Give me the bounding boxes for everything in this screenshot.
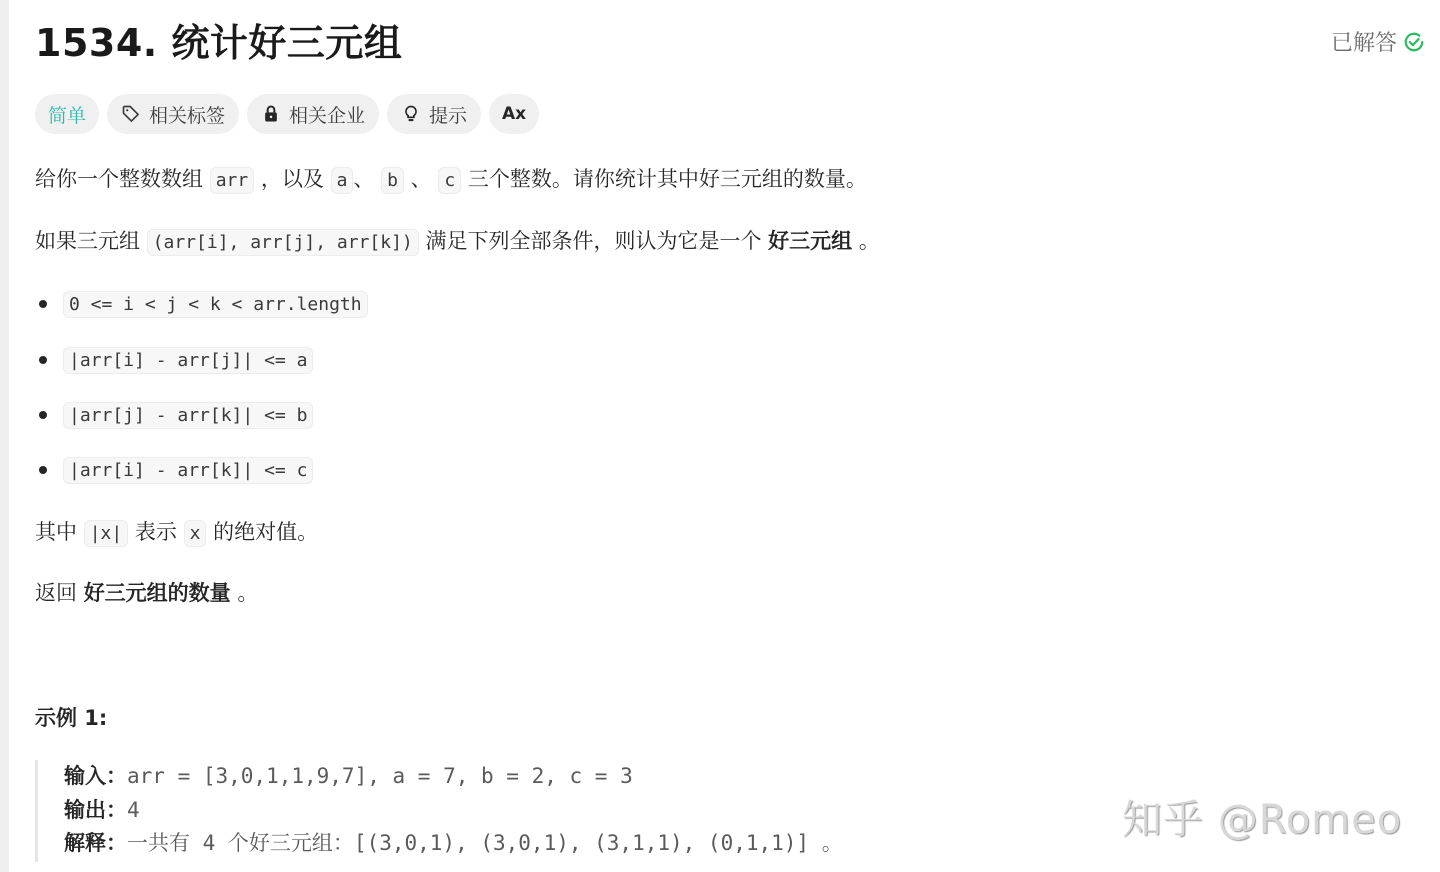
text: 返回 xyxy=(35,581,77,605)
example-title: 示例 1: xyxy=(35,702,107,732)
inline-code: |x| xyxy=(84,520,129,547)
hints-label: 提示 xyxy=(429,101,467,128)
bold-text: 好三元组 xyxy=(768,229,852,253)
lightbulb-icon xyxy=(401,104,421,124)
example-input: 输入：arr = [3,0,1,1,9,7], a = 7, b = 2, c … xyxy=(64,760,843,794)
inline-code: c xyxy=(438,167,461,194)
inline-code: (arr[i], arr[j], arr[k]) xyxy=(147,229,419,256)
description-paragraph-1: 给你一个整数数组 arr ，以及 a、 b 、 c 三个整数。请你统计其中好三元… xyxy=(35,163,867,197)
inline-code: |arr[i] - arr[j]| <= a xyxy=(63,347,313,374)
text: 三个整数。请你统计其中好三元组的数量。 xyxy=(468,167,867,191)
example-output: 输出：4 xyxy=(64,794,843,828)
lock-icon xyxy=(261,104,281,124)
inline-code: |arr[i] - arr[k]| <= c xyxy=(63,457,313,484)
inline-code: |arr[j] - arr[k]| <= b xyxy=(63,402,313,429)
text: 表示 xyxy=(135,520,177,544)
description-paragraph-2: 如果三元组 (arr[i], arr[j], arr[k]) 满足下列全部条件，… xyxy=(35,225,880,259)
problem-title: 1534. 统计好三元组 xyxy=(35,18,1425,68)
hints-button[interactable]: 提示 xyxy=(387,94,481,134)
example-explanation: 解释：一共有 4 个好三元组：[(3,0,1), (3,0,1), (3,1,1… xyxy=(64,827,843,861)
inline-code: b xyxy=(381,167,404,194)
bullet-icon xyxy=(39,356,47,364)
input-label: 输入： xyxy=(64,764,127,788)
text: 满足下列全部条件，则认为它是一个 xyxy=(425,229,761,253)
output-value: 4 xyxy=(127,798,140,822)
check-circle-icon xyxy=(1403,31,1425,53)
text: 。 xyxy=(859,229,880,253)
description-paragraph-4: 返回 好三元组的数量 。 xyxy=(35,577,258,609)
solved-label: 已解答 xyxy=(1331,26,1397,57)
translate-icon: Ax xyxy=(502,104,526,124)
bullet-icon xyxy=(39,411,47,419)
input-value: arr = [3,0,1,1,9,7], a = 7, b = 2, c = 3 xyxy=(127,764,633,788)
output-label: 输出： xyxy=(64,798,127,822)
inline-code: a xyxy=(331,167,354,194)
text: 其中 xyxy=(35,520,77,544)
inline-code: 0 <= i < j < k < arr.length xyxy=(63,291,368,318)
tag-icon xyxy=(121,104,141,124)
bold-text: 好三元组的数量 xyxy=(84,581,231,605)
difficulty-label: 简单 xyxy=(48,101,86,128)
bullet-icon xyxy=(39,466,47,474)
related-companies-button[interactable]: 相关企业 xyxy=(247,94,379,134)
text: 如果三元组 xyxy=(35,229,140,253)
list-item: |arr[i] - arr[j]| <= a xyxy=(35,343,313,377)
text: 、 xyxy=(353,167,374,191)
related-topics-button[interactable]: 相关标签 xyxy=(107,94,239,134)
solved-status: 已解答 xyxy=(1331,26,1425,57)
explanation-label: 解释： xyxy=(64,831,127,855)
explanation-value: 一共有 4 个好三元组：[(3,0,1), (3,0,1), (3,1,1), … xyxy=(127,831,843,855)
text: 、 xyxy=(411,167,432,191)
list-item: |arr[i] - arr[k]| <= c xyxy=(35,453,313,487)
watermark: 知乎 @Romeo xyxy=(1122,788,1402,845)
related-companies-label: 相关企业 xyxy=(289,101,365,128)
list-item: 0 <= i < j < k < arr.length xyxy=(35,287,368,321)
text: 给你一个整数数组 xyxy=(35,167,203,191)
text: 的绝对值。 xyxy=(213,520,318,544)
difficulty-badge: 简单 xyxy=(35,94,99,134)
text: 。 xyxy=(237,581,258,605)
title-row: 1534. 统计好三元组 已解答 xyxy=(35,18,1425,68)
example-block: 输入：arr = [3,0,1,1,9,7], a = 7, b = 2, c … xyxy=(35,760,843,862)
inline-code: x xyxy=(184,520,207,547)
left-panel-edge xyxy=(0,0,9,872)
tag-bar: 简单 相关标签 相关企业 提示 Ax xyxy=(35,94,539,134)
list-item: |arr[j] - arr[k]| <= b xyxy=(35,398,313,432)
translate-button[interactable]: Ax xyxy=(489,94,539,134)
text: ，以及 xyxy=(261,167,324,191)
bullet-icon xyxy=(39,300,47,308)
inline-code: arr xyxy=(210,167,255,194)
description-paragraph-3: 其中 |x| 表示 x 的绝对值。 xyxy=(35,516,318,550)
related-topics-label: 相关标签 xyxy=(149,101,225,128)
